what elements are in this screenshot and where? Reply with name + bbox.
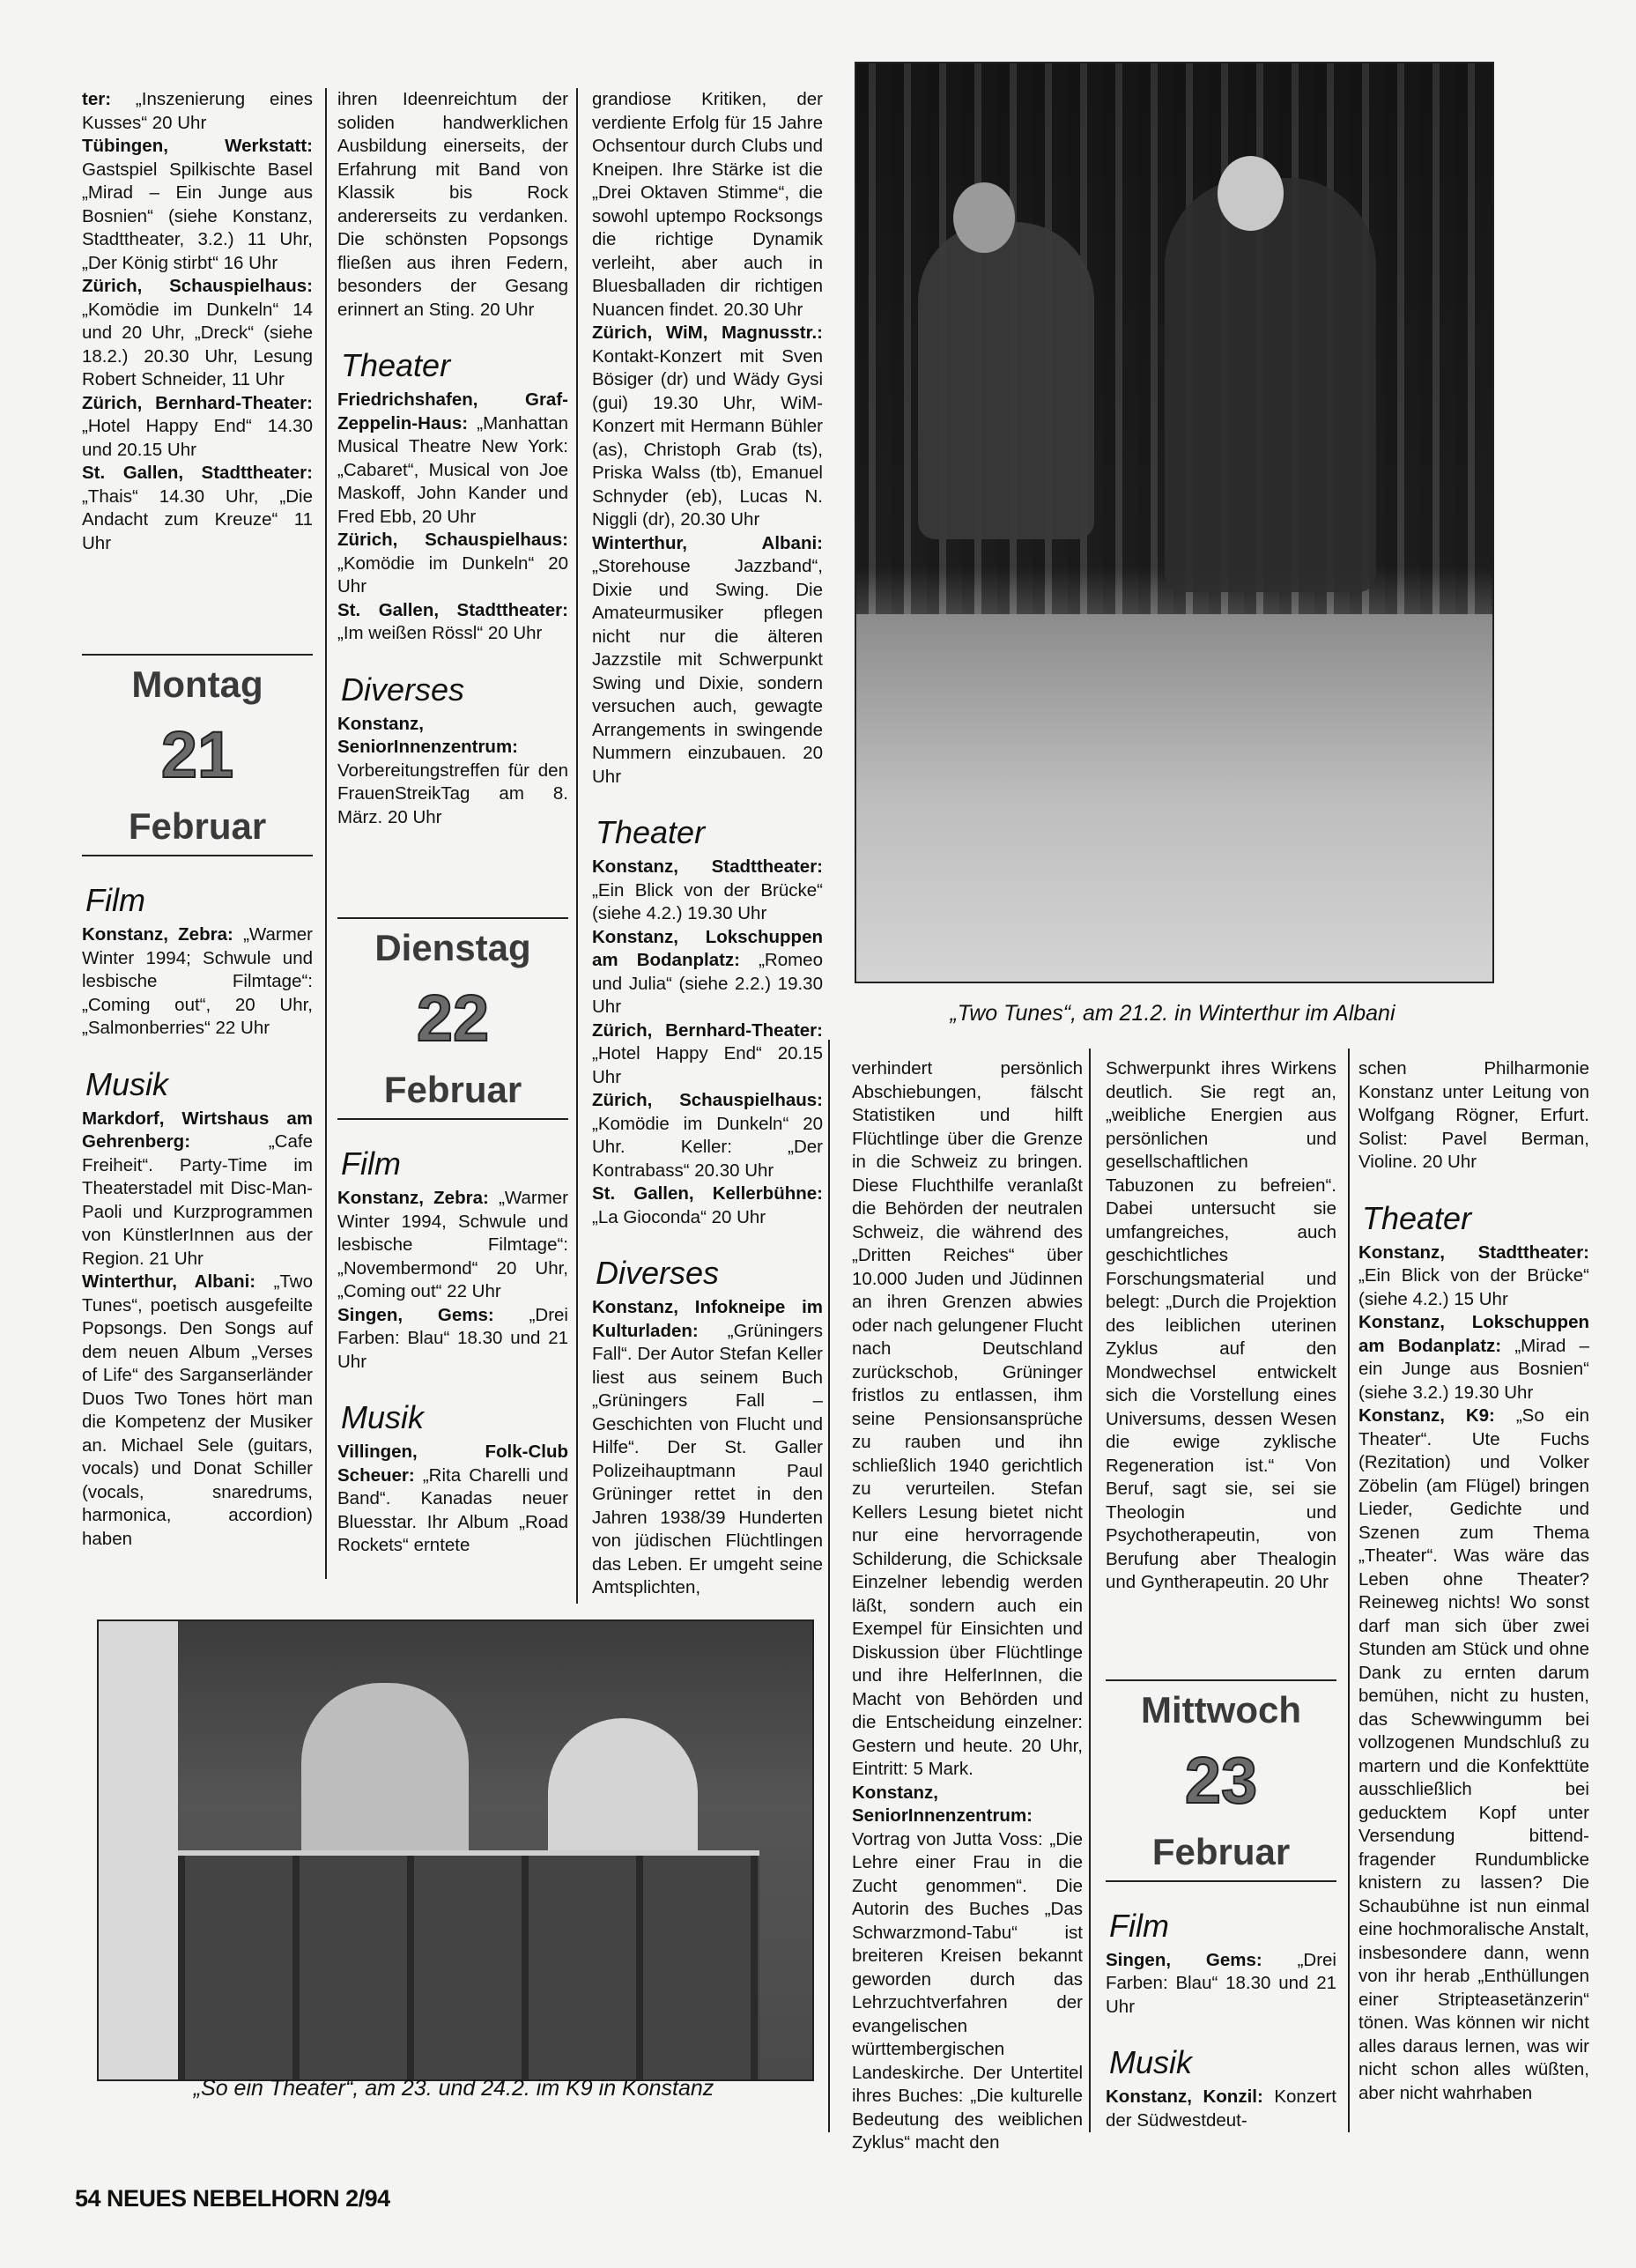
column-rule [828, 1040, 830, 2132]
listing-entry: Konstanz, SeniorInnenzentrum: Vortrag vo… [852, 1782, 1083, 2155]
column-4: verhindert persönlich Abschiebungen, fäl… [852, 1057, 1083, 2155]
listing-entry: Zürich, Bernhard-Theater: „Hotel Happy E… [82, 392, 313, 463]
section-heading-film: Film [85, 883, 313, 918]
photo-two-tunes [855, 62, 1494, 983]
listing-entry: Konstanz, Infokneipe im Kulturladen: „Gr… [592, 1296, 823, 1600]
column-rule [576, 88, 578, 1604]
listing-entry: Zürich, Bernhard-Theater: „Hotel Happy E… [592, 1019, 823, 1090]
section-heading-theater: Theater [1362, 1201, 1589, 1236]
listing-entry: Konstanz, Lokschuppen am Bodanplatz: „Ro… [592, 926, 823, 1019]
listing-entry: St. Gallen, Stadttheater: „Im weißen Rös… [337, 599, 568, 646]
listing-entry: Zürich, WiM, Magnusstr.: Kontakt-Konzert… [592, 322, 823, 532]
listing-entry: St. Gallen, Stadttheater: „Thais“ 14.30 … [82, 462, 313, 555]
section-heading-diverses: Diverses [596, 1256, 823, 1291]
section-heading-musik: Musik [1109, 2045, 1336, 2080]
section-heading-musik: Musik [85, 1067, 313, 1102]
section-heading-theater: Theater [596, 815, 823, 850]
section-heading-musik: Musik [341, 1400, 568, 1435]
section-heading-diverses: Diverses [341, 672, 568, 708]
column-rule [325, 88, 327, 1579]
listing-entry: Konstanz, Zebra: „Warmer Winter 1994; Sc… [82, 923, 313, 1041]
listing-entry: Tübingen, Werkstatt: Gastspiel Spilkisch… [82, 135, 313, 275]
photo-so-ein-theater [97, 1619, 814, 2081]
listing-entry: Winterthur, Albani: „Storehouse Jazzband… [592, 532, 823, 789]
column-rule [1089, 1049, 1091, 2132]
listing-entry: Markdorf, Wirtshaus am Gehrenberg: „Cafe… [82, 1108, 313, 1271]
column-6: schen Philharmonie Konstanz unter Leitun… [1358, 1057, 1589, 2105]
column-rule [1348, 1049, 1350, 2132]
listing-entry: ter: „Inszenierung eines Kusses“ 20 Uhr [82, 88, 313, 135]
listing-continuation: ihren Ideenreichtum der soliden handwerk… [337, 88, 568, 322]
figure-right [1165, 178, 1376, 592]
listing-entry: Konstanz, Lokschuppen am Bodanplatz: „Mi… [1358, 1311, 1589, 1405]
listing-entry: Konstanz, Konzil: Konzert der Südwestdeu… [1106, 2086, 1336, 2132]
listing-entry: Friedrichshafen, Graf-Zeppelin-Haus: „Ma… [337, 389, 568, 529]
listing-entry: Konstanz, SeniorInnenzentrum: Vorbereitu… [337, 713, 568, 830]
listing-entry: Zürich, Schauspielhaus: „Komödie im Dunk… [592, 1089, 823, 1182]
listing-entry: Singen, Gems: „Drei Farben: Blau“ 18.30 … [1106, 1949, 1336, 2020]
listing-entry: Konstanz, Zebra: „Warmer Winter 1994, Sc… [337, 1187, 568, 1304]
listing-entry: Villingen, Folk-Club Scheuer: „Rita Char… [337, 1441, 568, 1558]
face-right [1218, 156, 1284, 231]
listing-entry: Konstanz, Stadttheater: „Ein Blick von d… [1358, 1241, 1589, 1312]
column-1: ter: „Inszenierung eines Kusses“ 20 Uhr … [82, 88, 313, 1551]
listing-entry: St. Gallen, Kellerbühne: „La Gioconda“ 2… [592, 1182, 823, 1229]
date-header-tuesday: Dienstag 22 Februar [337, 917, 568, 1120]
section-heading-film: Film [1109, 1909, 1336, 1944]
date-header-wednesday: Mittwoch 23 Februar [1106, 1679, 1336, 1882]
column-5: Schwerpunkt ihres Wirkens deutlich. Sie … [1106, 1057, 1336, 2132]
face-left [953, 182, 1015, 253]
figure-left [918, 222, 1094, 539]
section-heading-theater: Theater [341, 348, 568, 383]
listing-continuation: grandiose Kritiken, der verdiente Erfolg… [592, 88, 823, 322]
listing-continuation: schen Philharmonie Konstanz unter Leitun… [1358, 1057, 1589, 1175]
piano [178, 1850, 759, 2081]
listing-continuation: verhindert persönlich Abschiebungen, fäl… [852, 1057, 1083, 1782]
column-2: ihren Ideenreichtum der soliden handwerk… [337, 88, 568, 1558]
listing-entry: Konstanz, K9: „So ein Theater“. Ute Fuch… [1358, 1405, 1589, 2105]
listing-entry: Singen, Gems: „Drei Farben: Blau“ 18.30 … [337, 1304, 568, 1375]
listing-entry: Winterthur, Albani: „Two Tunes“, poetisc… [82, 1271, 313, 1551]
page-footer: 54 NEUES NEBELHORN 2/94 [75, 2185, 390, 2212]
column-3: grandiose Kritiken, der verdiente Erfolg… [592, 88, 823, 1600]
date-header-monday: Montag 21 Februar [82, 654, 313, 856]
listing-entry: Zürich, Schauspielhaus: „Komödie im Dunk… [82, 275, 313, 392]
listing-entry: Konstanz, Stadttheater: „Ein Blick von d… [592, 856, 823, 926]
photo-caption-so-ein-theater: „So ein Theater“, am 23. und 24.2. im K9… [97, 2076, 811, 2101]
curtain [99, 1621, 178, 2079]
section-heading-film: Film [341, 1146, 568, 1182]
listing-entry: Zürich, Schauspielhaus: „Komödie im Dunk… [337, 529, 568, 599]
photo-caption-two-tunes: „Two Tunes“, am 21.2. in Winterthur im A… [855, 1001, 1491, 1027]
listing-continuation: Schwerpunkt ihres Wirkens deutlich. Sie … [1106, 1057, 1336, 1595]
